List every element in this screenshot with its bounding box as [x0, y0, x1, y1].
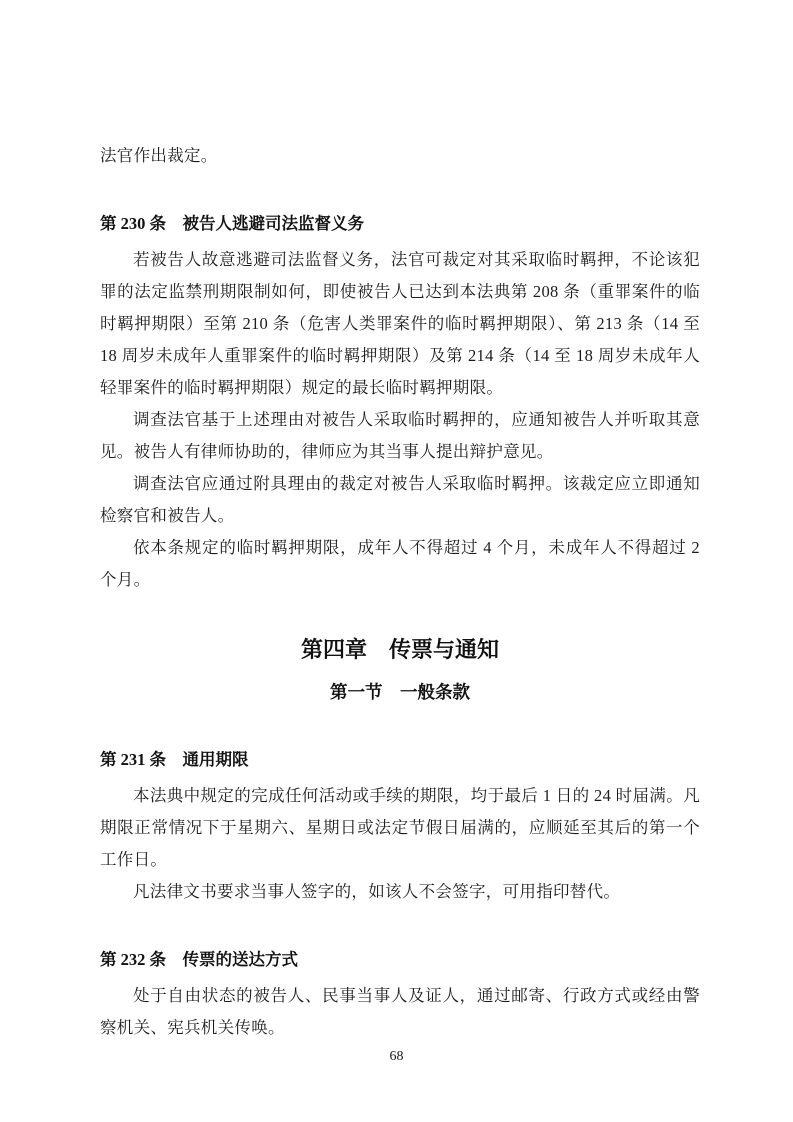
article-230-paragraph-1: 若被告人故意逃避司法监督义务，法官可裁定对其采取临时羁押，不论该犯罪的法定监禁刑… [100, 244, 700, 404]
article-231: 第 231 条 通用期限 本法典中规定的完成任何活动或手续的期限，均于最后 1 … [100, 744, 700, 908]
article-231-paragraph-2: 凡法律文书要求当事人签字的，如该人不会签字，可用指印替代。 [100, 876, 700, 908]
article-231-heading: 第 231 条 通用期限 [100, 744, 700, 776]
article-232: 第 232 条 传票的送达方式 处于自由状态的被告人、民事当事人及证人，通过邮寄… [100, 944, 700, 1044]
article-232-heading: 第 232 条 传票的送达方式 [100, 944, 700, 976]
continuation-paragraph: 法官作出裁定。 [100, 140, 700, 172]
section-heading: 第一节 一般条款 [100, 676, 700, 708]
article-230: 第 230 条 被告人逃避司法监督义务 若被告人故意逃避司法监督义务，法官可裁定… [100, 208, 700, 596]
article-231-paragraph-1: 本法典中规定的完成任何活动或手续的期限，均于最后 1 日的 24 时届满。凡期限… [100, 780, 700, 876]
article-230-paragraph-3: 调查法官应通过附具理由的裁定对被告人采取临时羁押。该裁定应立即通知检察官和被告人… [100, 468, 700, 532]
article-230-heading: 第 230 条 被告人逃避司法监督义务 [100, 208, 700, 240]
page-number: 68 [0, 1049, 793, 1065]
chapter-heading: 第四章 传票与通知 [100, 632, 700, 668]
document-page: 法官作出裁定。 第 230 条 被告人逃避司法监督义务 若被告人故意逃避司法监督… [0, 0, 793, 1122]
article-232-paragraph-1: 处于自由状态的被告人、民事当事人及证人，通过邮寄、行政方式或经由警察机关、宪兵机… [100, 980, 700, 1044]
article-230-paragraph-2: 调查法官基于上述理由对被告人采取临时羁押的，应通知被告人并听取其意见。被告人有律… [100, 404, 700, 468]
article-230-paragraph-4: 依本条规定的临时羁押期限，成年人不得超过 4 个月，未成年人不得超过 2 个月。 [100, 532, 700, 596]
